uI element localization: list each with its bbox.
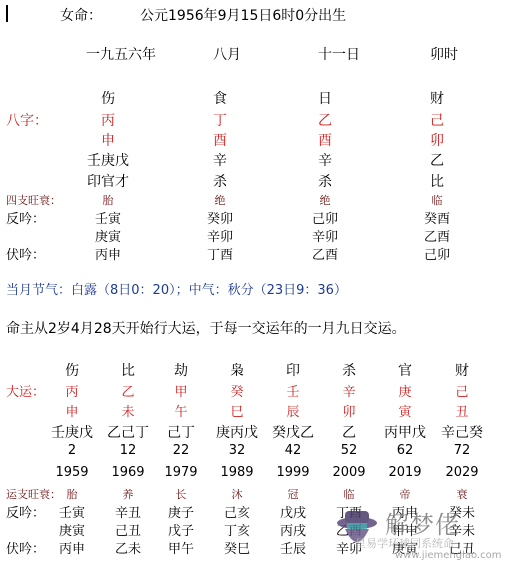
luck-years-cell: 2029 bbox=[434, 465, 490, 480]
luck-hidden-stems-cell: 己丁 bbox=[153, 422, 209, 442]
luck-years-cell: 1959 bbox=[44, 465, 100, 480]
pillar-fanyin-2-cell: 辛卯 bbox=[180, 226, 260, 245]
luck-years-cell: 2009 bbox=[321, 465, 377, 480]
luck-fuyin-cell: 壬辰 bbox=[265, 538, 321, 557]
pillar-fanyin-2-cell: 乙酉 bbox=[397, 226, 477, 245]
pillar-hidden-gods-cell: 印官才 bbox=[68, 171, 148, 191]
luck-branches-cell: 未 bbox=[100, 401, 156, 420]
pillar-ten-gods-cell: 日 bbox=[285, 88, 365, 108]
luck-ages-cell: 72 bbox=[434, 443, 490, 458]
luck-branches-cell: 丑 bbox=[434, 401, 490, 420]
pillar-strength-cell: 绝 bbox=[180, 192, 260, 208]
luck-stems-cell: 己 bbox=[434, 381, 490, 400]
luck-hidden-stems-cell: 辛己癸 bbox=[434, 422, 490, 442]
luck-hidden-stems-cell: 壬庚戊 bbox=[44, 422, 100, 442]
luck-stems-cell: 辛 bbox=[321, 381, 377, 400]
luck-row-label-fuyin: 伏吟： bbox=[6, 538, 45, 557]
luck-ages-cell: 42 bbox=[265, 443, 321, 458]
luck-fanyin-1-cell: 壬寅 bbox=[44, 502, 100, 521]
pillar-branches-cell: 申 bbox=[68, 130, 148, 150]
text-cursor bbox=[6, 5, 8, 22]
luck-hidden-stems-cell: 癸戊乙 bbox=[265, 422, 321, 442]
luck-strength-cell: 冠 bbox=[265, 486, 321, 502]
pillar-fanyin-1-cell: 己卯 bbox=[285, 208, 365, 227]
luck-years-cell: 1989 bbox=[209, 465, 265, 480]
luck-fanyin-1-cell: 庚子 bbox=[153, 502, 209, 521]
luck-branches-cell: 午 bbox=[153, 401, 209, 420]
pillar-ten-gods-cell: 食 bbox=[180, 88, 260, 108]
pillar-stems-cell: 己 bbox=[397, 110, 477, 130]
luck-fanyin-1-cell: 辛丑 bbox=[100, 502, 156, 521]
pillar-fuyin-cell: 丙申 bbox=[68, 244, 148, 263]
luck-ten-gods-cell: 伤 bbox=[44, 360, 100, 380]
luck-ten-gods-cell: 劫 bbox=[153, 360, 209, 380]
luck-stems-cell: 壬 bbox=[265, 381, 321, 400]
luck-strength-cell: 临 bbox=[321, 486, 377, 502]
luck-fanyin-1-cell: 己亥 bbox=[209, 502, 265, 521]
solar-terms: 当月节气：白露（8日0：20）；中气：秋分（23日9：36） bbox=[6, 279, 347, 298]
luck-strength-cell: 养 bbox=[100, 486, 156, 502]
pillar-fanyin-2-cell: 庚寅 bbox=[68, 226, 148, 245]
lunar-day: 十一日 bbox=[318, 44, 360, 64]
luck-years-cell: 1969 bbox=[100, 465, 156, 480]
luck-ten-gods-cell: 杀 bbox=[321, 360, 377, 380]
pillar-hidden-stems-cell: 壬庚戊 bbox=[68, 150, 148, 170]
luck-strength-cell: 长 bbox=[153, 486, 209, 502]
luck-ten-gods-cell: 枭 bbox=[209, 360, 265, 380]
luck-years-cell: 2019 bbox=[377, 465, 433, 480]
pillar-row-label-fanyin-1: 反吟： bbox=[6, 208, 45, 227]
pillar-stems-cell: 丁 bbox=[180, 110, 260, 130]
pillar-hidden-gods-cell: 杀 bbox=[180, 171, 260, 191]
luck-branches-cell: 卯 bbox=[321, 401, 377, 420]
luck-fanyin-1-cell: 戊戌 bbox=[265, 502, 321, 521]
pillar-hidden-gods-cell: 比 bbox=[397, 171, 477, 191]
pillar-stems-cell: 丙 bbox=[68, 110, 148, 130]
watermark-url: www.jiemenglao.com bbox=[395, 550, 501, 561]
pillar-strength-cell: 胎 bbox=[68, 192, 148, 208]
luck-hidden-stems-cell: 庚丙戊 bbox=[209, 422, 265, 442]
luck-stems-cell: 乙 bbox=[100, 381, 156, 400]
luck-stems-cell: 甲 bbox=[153, 381, 209, 400]
pillar-ten-gods-cell: 财 bbox=[397, 88, 477, 108]
pillar-hidden-stems-cell: 乙 bbox=[397, 150, 477, 170]
gender-label: 女命： bbox=[60, 5, 102, 25]
lunar-month: 八月 bbox=[213, 44, 241, 64]
pillar-row-label-fuyin: 伏吟： bbox=[6, 244, 45, 263]
luck-fanyin-2-cell: 丁亥 bbox=[209, 520, 265, 539]
luck-ages-cell: 32 bbox=[209, 443, 265, 458]
luck-stems-cell: 癸 bbox=[209, 381, 265, 400]
luck-branches-cell: 辰 bbox=[265, 401, 321, 420]
pillar-fanyin-1-cell: 壬寅 bbox=[68, 208, 148, 227]
luck-strength-cell: 胎 bbox=[44, 486, 100, 502]
luck-stems-cell: 庚 bbox=[377, 381, 433, 400]
luck-fanyin-2-cell: 己丑 bbox=[100, 520, 156, 539]
pillar-branches-cell: 酉 bbox=[180, 130, 260, 150]
pillar-fanyin-2-cell: 辛卯 bbox=[285, 226, 365, 245]
luck-fuyin-cell: 癸巳 bbox=[209, 538, 265, 557]
luck-ten-gods-cell: 印 bbox=[265, 360, 321, 380]
lunar-year: 一九五六年 bbox=[86, 44, 156, 64]
pillar-hidden-stems-cell: 辛 bbox=[180, 150, 260, 170]
pillar-ten-gods-cell: 伤 bbox=[68, 88, 148, 108]
pillar-hidden-stems-cell: 辛 bbox=[285, 150, 365, 170]
pillar-hidden-gods-cell: 杀 bbox=[285, 171, 365, 191]
pillar-fuyin-cell: 丁酉 bbox=[180, 244, 260, 263]
luck-years-cell: 1999 bbox=[265, 465, 321, 480]
luck-ages-cell: 12 bbox=[100, 443, 156, 458]
pillar-stems-cell: 乙 bbox=[285, 110, 365, 130]
luck-fuyin-cell: 甲午 bbox=[153, 538, 209, 557]
luck-row-label-fanyin-1: 反吟： bbox=[6, 502, 45, 521]
luck-ten-gods-cell: 比 bbox=[100, 360, 156, 380]
birth-text: 公元1956年9月15日6时0分出生 bbox=[140, 5, 346, 25]
luck-hidden-stems-cell: 乙 bbox=[321, 422, 377, 442]
luck-ages-cell: 22 bbox=[153, 443, 209, 458]
luck-ten-gods-cell: 官 bbox=[377, 360, 433, 380]
watermark-subtitle: 星易学环球同系统命 bbox=[355, 535, 454, 551]
pillar-fuyin-cell: 己卯 bbox=[397, 244, 477, 263]
luck-fanyin-2-cell: 戊子 bbox=[153, 520, 209, 539]
luck-hidden-stems-cell: 丙甲戊 bbox=[377, 422, 433, 442]
luck-fuyin-cell: 乙未 bbox=[100, 538, 156, 557]
luck-fuyin-cell: 丙申 bbox=[44, 538, 100, 557]
luck-strength-cell: 帝 bbox=[377, 486, 433, 502]
luck-strength-cell: 沐 bbox=[209, 486, 265, 502]
luck-ten-gods-cell: 财 bbox=[434, 360, 490, 380]
luck-ages-cell: 52 bbox=[321, 443, 377, 458]
pillar-fanyin-1-cell: 癸酉 bbox=[397, 208, 477, 227]
luck-row-label-stems: 大运： bbox=[6, 381, 45, 400]
pillar-strength-cell: 绝 bbox=[285, 192, 365, 208]
pillar-fuyin-cell: 乙酉 bbox=[285, 244, 365, 263]
luck-branches-cell: 巳 bbox=[209, 401, 265, 420]
luck-years-cell: 1979 bbox=[153, 465, 209, 480]
watermark: 解梦佬 星易学环球同系统命 www.jiemenglao.com bbox=[335, 505, 505, 565]
luck-fanyin-2-cell: 庚寅 bbox=[44, 520, 100, 539]
luck-stems-cell: 丙 bbox=[44, 381, 100, 400]
luck-hidden-stems-cell: 乙己丁 bbox=[100, 422, 156, 442]
luck-branches-cell: 申 bbox=[44, 401, 100, 420]
lunar-hour: 卯时 bbox=[430, 44, 458, 64]
luck-ages-cell: 2 bbox=[44, 443, 100, 458]
pillar-fanyin-1-cell: 癸卯 bbox=[180, 208, 260, 227]
pillar-strength-cell: 临 bbox=[397, 192, 477, 208]
luck-ages-cell: 62 bbox=[377, 443, 433, 458]
pillar-branches-cell: 卯 bbox=[397, 130, 477, 150]
pillar-row-label-stems: 八字： bbox=[6, 110, 48, 130]
pillar-branches-cell: 酉 bbox=[285, 130, 365, 150]
luck-strength-cell: 衰 bbox=[434, 486, 490, 502]
pillar-row-label-strength: 四支旺衰： bbox=[6, 192, 61, 208]
luck-intro: 命主从2岁4月28天开始行大运，于每一交运年的一月九日交运。 bbox=[6, 318, 406, 338]
luck-fanyin-2-cell: 丙戌 bbox=[265, 520, 321, 539]
luck-branches-cell: 寅 bbox=[377, 401, 433, 420]
